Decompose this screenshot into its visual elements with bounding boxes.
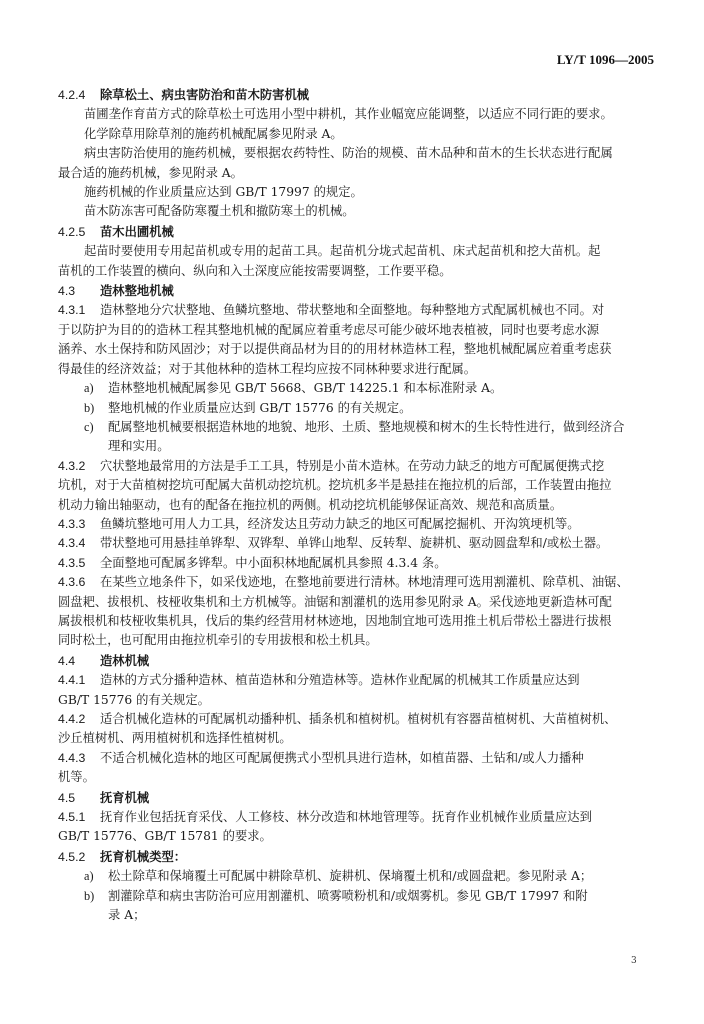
paragraph-line: 涵养、水土保持和防风固沙；对于以提供商品材为目的的用材林造林工程，整地机械配属应…: [58, 340, 658, 359]
paragraph-line: 于以防护为目的的造林工程其整地机械的配属应着重考虑尽可能少破坏地表植被，同时也要…: [58, 321, 658, 340]
paragraph-line: GB/T 15776 的有关规定。: [58, 691, 658, 710]
clause-4-3-4: 4.3.4带状整地可用悬挂单铧犁、双铧犁、单铧山地犁、反转犁、旋耕机、驱动圆盘犁…: [58, 534, 658, 553]
paragraph-line: 圆盘耙、拔根机、枝桠收集机和土方机械等。油锯和割灌机的选用参见附录 A。采伐迹地…: [58, 593, 658, 612]
clause-number: 4.3.6: [58, 573, 100, 592]
paragraph-line: 化学除草用除草剂的施药机械配属参见附录 A。: [58, 125, 658, 144]
clause-text: 抚育作业包括抚育采伐、人工修枝、林分改造和林地管理等。抚育作业机械作业质量应达到: [100, 810, 592, 824]
paragraph-line: 得最佳的经济效益；对于其他林种的造林工程均应按不同林种要求进行配属。: [58, 360, 658, 379]
list-item-continuation: 录 A；: [58, 906, 658, 925]
document-body: 4.2.4除草松土、病虫害防治和苗木防害机械 苗圃垄作育苗方式的除草松土可选用小…: [58, 85, 658, 925]
clause-number: 4.5.2: [58, 848, 100, 867]
paragraph-line: 施药机械的作业质量应达到 GB/T 17997 的规定。: [58, 183, 658, 202]
list-item-a: a)松土除草和保墒覆土可配属中耕除草机、旋耕机、保墒覆土机和/或圆盘耙。参见附录…: [58, 867, 658, 886]
clause-number: 4.4.1: [58, 671, 100, 690]
section-title: 抚育机械: [100, 790, 149, 805]
clause-4-5-2: 4.5.2抚育机械类型：: [58, 847, 658, 867]
clause-text: 鱼鳞坑整地可用人力工具，经济发达且劳动力缺乏的地区可配属挖掘机、开沟筑埂机等。: [100, 517, 580, 531]
paragraph-line: 属拔根机和枝桠收集机具，伐后的集约经营用材林迹地，因地制宜地可选用推土机后带松土…: [58, 612, 658, 631]
clause-title: 抚育机械类型：: [100, 849, 186, 864]
paragraph-line: 苗机的工作装置的横向、纵向和入土深度应能按需要调整，工作要平稳。: [58, 262, 658, 281]
clause-4-3-5: 4.3.5全面整地可配属多铧犁。中小面积林地配属机具参照 4.3.4 条。: [58, 554, 658, 573]
list-label: a): [84, 379, 108, 398]
clause-4-3-3: 4.3.3鱼鳞坑整地可用人力工具，经济发达且劳动力缺乏的地区可配属挖掘机、开沟筑…: [58, 515, 658, 534]
paragraph-line: 最合适的施药机械，参见附录 A。: [58, 164, 658, 183]
clause-number: 4.3.5: [58, 554, 100, 573]
list-label: b): [84, 887, 108, 906]
list-label: a): [84, 867, 108, 886]
paragraph-line: 机动力输出轴驱动，也有的配备在拖拉机的两侧。机动挖坑机能够保证高效、规范和高质量…: [58, 496, 658, 515]
section-number: 4.2.4: [58, 86, 100, 105]
clause-number: 4.3.2: [58, 457, 100, 476]
list-text: 松土除草和保墒覆土可配属中耕除草机、旋耕机、保墒覆土机和/或圆盘耙。参见附录 A…: [108, 869, 592, 883]
section-title: 造林整地机械: [100, 283, 174, 298]
clause-text: 造林的方式分播种造林、植苗造林和分殖造林等。造林作业配属的机械其工作质量应达到: [100, 673, 580, 687]
section-heading-4-4: 4.4造林机械: [58, 651, 658, 671]
paragraph-line: 病虫害防治使用的施药机械，要根据农药特性、防治的规模、苗木品种和苗木的生长状态进…: [58, 144, 658, 163]
clause-text: 穴状整地最常用的方法是手工工具，特别是小苗木造林。在劳动力缺乏的地方可配属便携式…: [100, 459, 604, 473]
list-item-b: b)整地机械的作业质量应达到 GB/T 15776 的有关规定。: [58, 399, 658, 418]
section-number: 4.4: [58, 652, 100, 671]
list-item-b: b)割灌除草和病虫害防治可应用割灌机、喷雾喷粉机和/或烟雾机。参见 GB/T 1…: [58, 887, 658, 906]
clause-number: 4.3.3: [58, 515, 100, 534]
clause-4-3-1: 4.3.1造林整地分穴状整地、鱼鳞坑整地、带状整地和全面整地。每种整地方式配属机…: [58, 301, 658, 320]
paragraph-line: 机等。: [58, 768, 658, 787]
section-heading-4-2-5: 4.2.5苗木出圃机械: [58, 222, 658, 242]
list-text: 割灌除草和病虫害防治可应用割灌机、喷雾喷粉机和/或烟雾机。参见 GB/T 179…: [108, 889, 588, 903]
list-text: 配属整地机械要根据造林地的地貌、地形、土质、整地规模和树木的生长特性进行，做到经…: [108, 420, 624, 434]
clause-number: 4.4.3: [58, 749, 100, 768]
section-heading-4-3: 4.3造林整地机械: [58, 281, 658, 301]
section-title: 造林机械: [100, 653, 149, 668]
clause-number: 4.5.1: [58, 808, 100, 827]
paragraph-line: 坑机，对于大苗植树挖坑可配属大苗机动挖坑机。挖坑机多半是悬挂在拖拉机的后部，工作…: [58, 476, 658, 495]
clause-text: 适合机械化造林的可配属机动播种机、插条机和植树机。植树机有容器苗植树机、大苗植树…: [100, 712, 616, 726]
clause-4-3-2: 4.3.2穴状整地最常用的方法是手工工具，特别是小苗木造林。在劳动力缺乏的地方可…: [58, 457, 658, 476]
standard-code-header: LY/T 1096—2005: [557, 52, 654, 68]
clause-number: 4.3.1: [58, 301, 100, 320]
paragraph-line: 苗圃垄作育苗方式的除草松土可选用小型中耕机，其作业幅宽应能调整，以适应不同行距的…: [58, 105, 658, 124]
page-number: 3: [631, 956, 637, 966]
section-number: 4.3: [58, 282, 100, 301]
list-item-continuation: 理和实用。: [58, 437, 658, 456]
clause-4-5-1: 4.5.1抚育作业包括抚育采伐、人工修枝、林分改造和林地管理等。抚育作业机械作业…: [58, 808, 658, 827]
clause-text: 造林整地分穴状整地、鱼鳞坑整地、带状整地和全面整地。每种整地方式配属机械也不同。…: [100, 303, 604, 317]
section-title: 除草松土、病虫害防治和苗木防害机械: [100, 87, 309, 102]
list-label: c): [84, 418, 108, 437]
section-number: 4.5: [58, 789, 100, 808]
paragraph-line: 沙丘植树机、两用植树机和选择性植树机。: [58, 729, 658, 748]
clause-4-4-2: 4.4.2适合机械化造林的可配属机动播种机、插条机和植树机。植树机有容器苗植树机…: [58, 710, 658, 729]
paragraph-line: 起苗时要使用专用起苗机或专用的起苗工具。起苗机分垅式起苗机、床式起苗机和挖大苗机…: [58, 242, 658, 261]
paragraph-line: 苗木防冻害可配备防寒覆土机和撤防寒土的机械。: [58, 202, 658, 221]
clause-text: 在某些立地条件下，如采伐迹地，在整地前要进行清林。林地清理可选用割灌机、除草机、…: [100, 575, 629, 589]
clause-4-4-1: 4.4.1造林的方式分播种造林、植苗造林和分殖造林等。造林作业配属的机械其工作质…: [58, 671, 658, 690]
section-heading-4-2-4: 4.2.4除草松土、病虫害防治和苗木防害机械: [58, 85, 658, 105]
clause-4-3-6: 4.3.6在某些立地条件下，如采伐迹地，在整地前要进行清林。林地清理可选用割灌机…: [58, 573, 658, 592]
list-item-c: c)配属整地机械要根据造林地的地貌、地形、土质、整地规模和树木的生长特性进行，做…: [58, 418, 658, 437]
clause-text: 带状整地可用悬挂单铧犁、双铧犁、单铧山地犁、反转犁、旋耕机、驱动圆盘犁和/或松土…: [100, 536, 608, 550]
list-text: 造林整地机械配属参见 GB/T 5668、GB/T 14225.1 和本标准附录…: [108, 381, 502, 395]
clause-4-4-3: 4.4.3不适合机械化造林的地区可配属便携式小型机具进行造林，如植苗器、土钻和/…: [58, 749, 658, 768]
list-text: 整地机械的作业质量应达到 GB/T 15776 的有关规定。: [108, 401, 411, 415]
clause-text: 全面整地可配属多铧犁。中小面积林地配属机具参照 4.3.4 条。: [100, 556, 447, 570]
list-label: b): [84, 399, 108, 418]
list-item-a: a)造林整地机械配属参见 GB/T 5668、GB/T 14225.1 和本标准…: [58, 379, 658, 398]
clause-number: 4.4.2: [58, 710, 100, 729]
paragraph-line: 同时松土，也可配用由拖拉机牵引的专用拔根和松土机具。: [58, 631, 658, 650]
section-number: 4.2.5: [58, 223, 100, 242]
clause-text: 不适合机械化造林的地区可配属便携式小型机具进行造林，如植苗器、土钻和/或人力播种: [100, 751, 584, 765]
section-heading-4-5: 4.5抚育机械: [58, 788, 658, 808]
clause-number: 4.3.4: [58, 534, 100, 553]
section-title: 苗木出圃机械: [100, 224, 174, 239]
paragraph-line: GB/T 15776、GB/T 15781 的要求。: [58, 827, 658, 846]
